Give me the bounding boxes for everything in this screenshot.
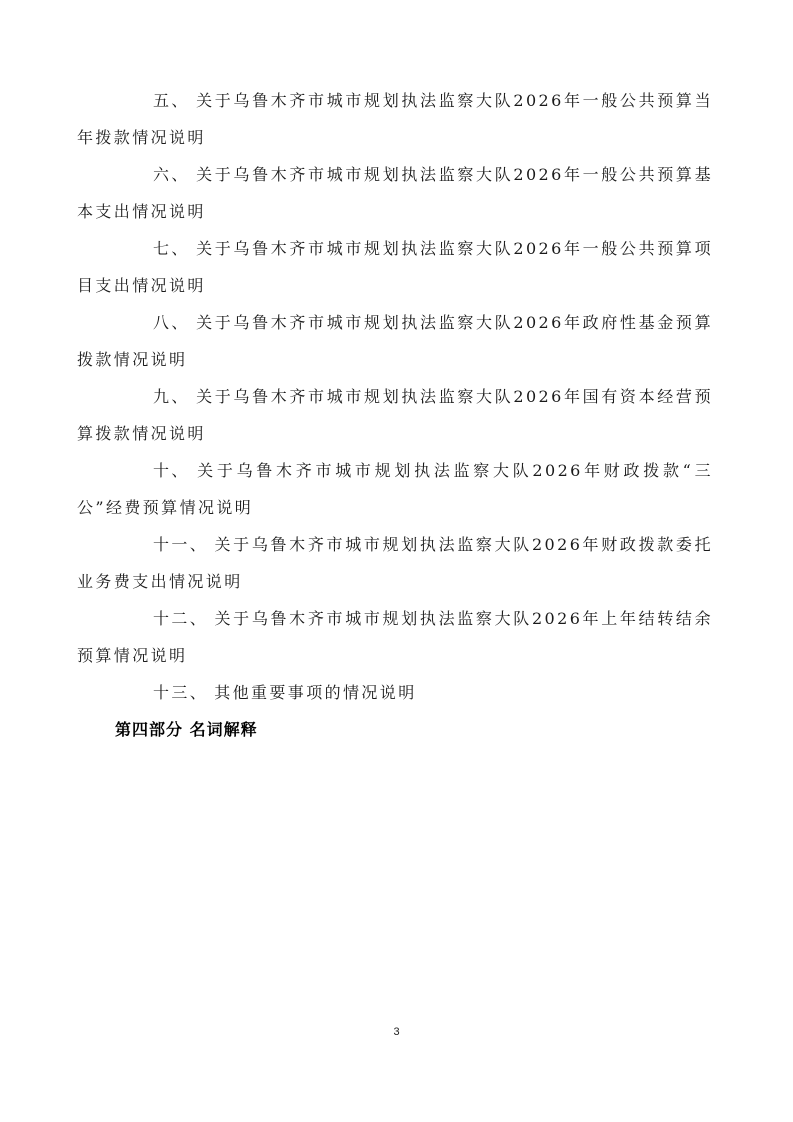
toc-item-13: 十三、其他重要事项的情况说明 [77,674,713,711]
page-number: 3 [0,1026,793,1038]
toc-item-7: 七、关于乌鲁木齐市城市规划执法监察大队2026年一般公共预算项目支出情况说明 [77,230,713,304]
toc-item-10: 十、关于乌鲁木齐市城市规划执法监察大队2026年财政拨款“三公”经费预算情况说明 [77,452,713,526]
item-number: 八、 [115,304,190,341]
item-number: 十三、 [115,674,208,711]
section-heading: 第四部分 名词解释 [77,711,713,748]
toc-item-6: 六、关于乌鲁木齐市城市规划执法监察大队2026年一般公共预算基本支出情况说明 [77,156,713,230]
document-body: 五、关于乌鲁木齐市城市规划执法监察大队2026年一般公共预算当年拨款情况说明 六… [77,82,713,748]
item-text: 其他重要事项的情况说明 [214,683,416,702]
toc-item-9: 九、关于乌鲁木齐市城市规划执法监察大队2026年国有资本经营预算拨款情况说明 [77,378,713,452]
item-number: 十、 [115,452,190,489]
item-number: 十二、 [115,600,208,637]
item-number: 七、 [115,230,190,267]
item-number: 十一、 [115,526,208,563]
toc-item-5: 五、关于乌鲁木齐市城市规划执法监察大队2026年一般公共预算当年拨款情况说明 [77,82,713,156]
item-number: 六、 [115,156,190,193]
toc-item-12: 十二、关于乌鲁木齐市城市规划执法监察大队2026年上年结转结余预算情况说明 [77,600,713,674]
toc-item-8: 八、关于乌鲁木齐市城市规划执法监察大队2026年政府性基金预算拨款情况说明 [77,304,713,378]
item-number: 九、 [115,378,190,415]
toc-item-11: 十一、关于乌鲁木齐市城市规划执法监察大队2026年财政拨款委托业务费支出情况说明 [77,526,713,600]
item-number: 五、 [115,82,190,119]
